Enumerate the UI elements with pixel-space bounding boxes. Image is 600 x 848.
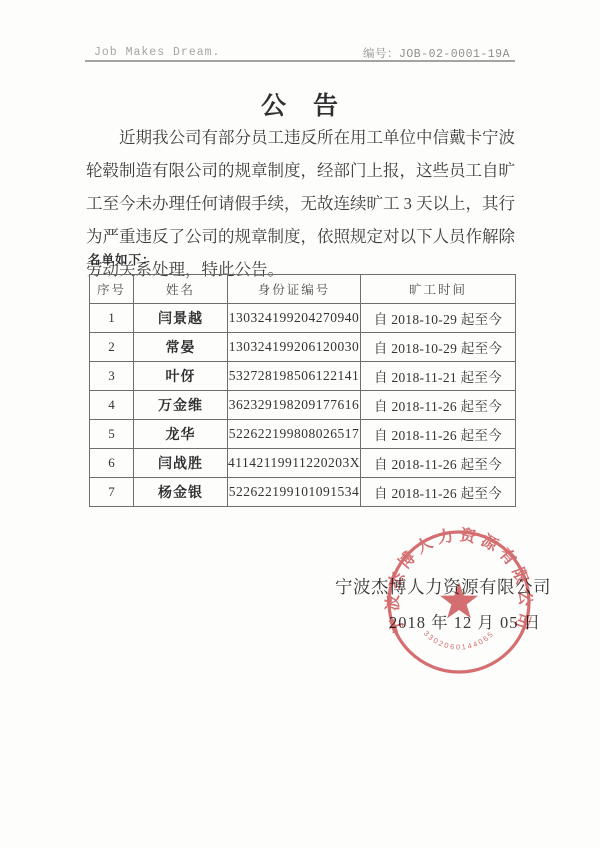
cell-absence-period: 自 2018-11-26 起至今: [361, 391, 516, 420]
cell-seq: 1: [90, 304, 134, 333]
cell-id-number: 130324199206120030: [228, 333, 361, 362]
cell-name: 万金维: [134, 391, 228, 420]
cell-name: 龙华: [134, 420, 228, 449]
cell-absence-period: 自 2018-11-26 起至今: [361, 449, 516, 478]
cell-absence-period: 自 2018-10-29 起至今: [361, 304, 516, 333]
cell-id-number: 522622199808026517: [228, 420, 361, 449]
header-divider: [85, 60, 515, 62]
col-header-absence-period: 旷工时间: [361, 275, 516, 304]
table-row: 4 万金维 362329198209177616 自 2018-11-26 起至…: [90, 391, 516, 420]
cell-absence-period: 自 2018-11-26 起至今: [361, 478, 516, 507]
seal-company-text: 宁波杰博人力资源有限公司: [384, 527, 534, 636]
cell-id-number: 130324199204270940: [228, 304, 361, 333]
cell-name: 常晏: [134, 333, 228, 362]
header-slogan: Job Makes Dream.: [94, 46, 220, 59]
table-row: 3 叶伢 532728198506122141 自 2018-11-21 起至今: [90, 362, 516, 391]
cell-seq: 7: [90, 478, 134, 507]
star-icon: [440, 582, 478, 618]
cell-absence-period: 自 2018-11-26 起至今: [361, 420, 516, 449]
table-row: 7 杨金银 522622199101091534 自 2018-11-26 起至…: [90, 478, 516, 507]
col-header-seq: 序号: [90, 275, 134, 304]
notice-document-page: Job Makes Dream. 编号：JOB-02-0001-19A 公 告 …: [0, 0, 600, 848]
cell-id-number: 532728198506122141: [228, 362, 361, 391]
cell-name: 闫景越: [134, 304, 228, 333]
col-header-name: 姓名: [134, 275, 228, 304]
cell-name: 叶伢: [134, 362, 228, 391]
cell-name: 闫战胜: [134, 449, 228, 478]
doc-number: 编号：JOB-02-0001-19A: [363, 45, 510, 61]
cell-id-number: 362329198209177616: [228, 391, 361, 420]
table-row: 1 闫景越 130324199204270940 自 2018-10-29 起至…: [90, 304, 516, 333]
cell-id-number: 41142119911220203X: [228, 449, 361, 478]
table-row: 5 龙华 522622199808026517 自 2018-11-26 起至今: [90, 420, 516, 449]
cell-seq: 6: [90, 449, 134, 478]
col-header-id-number: 身份证编号: [228, 275, 361, 304]
cell-seq: 2: [90, 333, 134, 362]
cell-seq: 3: [90, 362, 134, 391]
absence-roster-table: 序号 姓名 身份证编号 旷工时间 1 闫景越 13032419920427094…: [89, 274, 516, 507]
cell-id-number: 522622199101091534: [228, 478, 361, 507]
page-title: 公 告: [0, 86, 600, 122]
cell-seq: 4: [90, 391, 134, 420]
cell-absence-period: 自 2018-11-21 起至今: [361, 362, 516, 391]
list-label: 名单如下：: [88, 250, 156, 268]
cell-absence-period: 自 2018-10-29 起至今: [361, 333, 516, 362]
cell-seq: 5: [90, 420, 134, 449]
table-row: 6 闫战胜 41142119911220203X 自 2018-11-26 起至…: [90, 449, 516, 478]
table-header-row: 序号 姓名 身份证编号 旷工时间: [90, 275, 516, 304]
seal-ring-text: 宁波杰博人力资源有限公司: [384, 527, 534, 636]
company-seal-stamp: 宁波杰博人力资源有限公司 3302060144065: [384, 527, 534, 677]
cell-name: 杨金银: [134, 478, 228, 507]
seal-code-digits: 3302060144065: [422, 629, 496, 652]
table-row: 2 常晏 130324199206120030 自 2018-10-29 起至今: [90, 333, 516, 362]
seal-code-text: 3302060144065: [422, 629, 496, 652]
